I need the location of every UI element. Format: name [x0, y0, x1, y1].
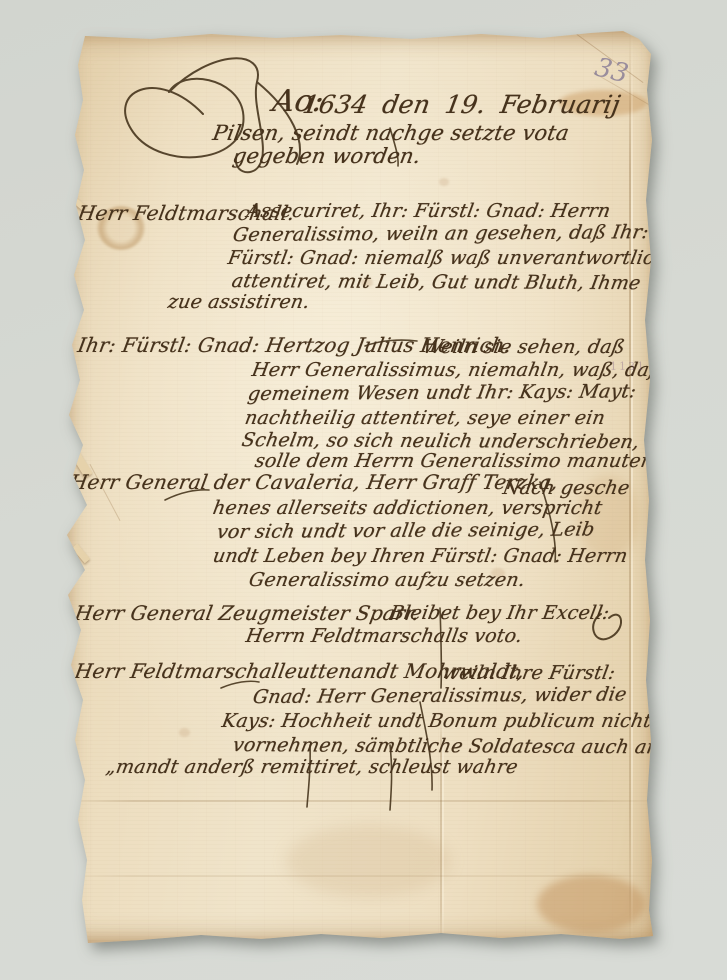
- entry-line: nachtheilig attentiret, seye einer ein: [243, 407, 607, 429]
- initial-flourish: [125, 79, 243, 157]
- stain: [439, 178, 449, 186]
- stain: [179, 728, 190, 737]
- pencil-folio-number: 33: [592, 52, 631, 89]
- header-line-1: 1634 den 19. Februarij: [300, 90, 622, 119]
- entry-label: Herr General Zeugmeister Sparr.: [73, 601, 421, 625]
- manuscript-page: Ao: 1634 den 19. Februarij Pilsen, seind…: [61, 30, 661, 945]
- entry-label: Herr General der Cavaleria, Herr Graff T…: [68, 470, 560, 494]
- photograph-background: Ao: 1634 den 19. Februarij Pilsen, seind…: [0, 0, 727, 980]
- horizontal-fold-line: [61, 875, 661, 877]
- entry-line: „mandt anderß remittiret, schleust wahre: [104, 756, 520, 778]
- entry-line: undt Leben bey Ihren Fürstl: Gnad: Herrn: [211, 545, 629, 567]
- stain: [537, 875, 645, 933]
- stain: [286, 825, 451, 897]
- entry-line: vor sich undt vor alle die seinige, Leib: [215, 518, 596, 543]
- blind-stamp: 1131: [610, 360, 646, 373]
- entry-line: Bleibet bey Ihr Excell:: [388, 602, 611, 624]
- entry-line: Herrn Feldtmarschalls voto.: [244, 625, 524, 647]
- horizontal-fold-line: [61, 800, 661, 802]
- entry-line: Nach gesche: [501, 477, 631, 499]
- entry-line: Weiln sie sehen, daß: [421, 336, 627, 358]
- entry-line: gemeinem Wesen undt Ihr: Kays: Mayt:: [246, 380, 638, 405]
- entry-line: Generalissimo, weiln an gesehen, daß Ihr…: [231, 221, 650, 246]
- entry-line: henes allerseits addictionen, verspricht: [211, 497, 604, 519]
- entry-line: Gnad: Herr Generalissimus, wider die: [251, 683, 628, 708]
- entry-line: Assecuriret, Ihr: Fürstl: Gnad: Herrn: [245, 200, 612, 222]
- entry-line: Generalissimo aufzu setzen.: [247, 569, 527, 591]
- entry-line: zue assistiren.: [166, 291, 311, 313]
- edge-tear-flap: [72, 544, 90, 564]
- header-line-2: Pilsen, seindt nachge setzte vota: [211, 121, 571, 145]
- entry-line: weiln Ihre Fürstl:: [441, 662, 617, 684]
- entry-line: Fürstl: Gnad: niemalß waß unverantwortli…: [226, 247, 678, 269]
- entry-line: Kays: Hochheit undt Bonum publicum nicht…: [220, 710, 663, 732]
- entry-line: solle dem Herrn Generalissimo manutenire…: [253, 450, 695, 472]
- entry-line: Herr Generalissimus, niemahln, waß, daß: [250, 359, 664, 381]
- manuscript-page-wrapper: Ao: 1634 den 19. Februarij Pilsen, seind…: [61, 30, 661, 945]
- header-line-3: gegeben worden.: [231, 144, 423, 168]
- entry-line: vornehmen, sämbtliche Soldatesca auch an…: [231, 734, 707, 758]
